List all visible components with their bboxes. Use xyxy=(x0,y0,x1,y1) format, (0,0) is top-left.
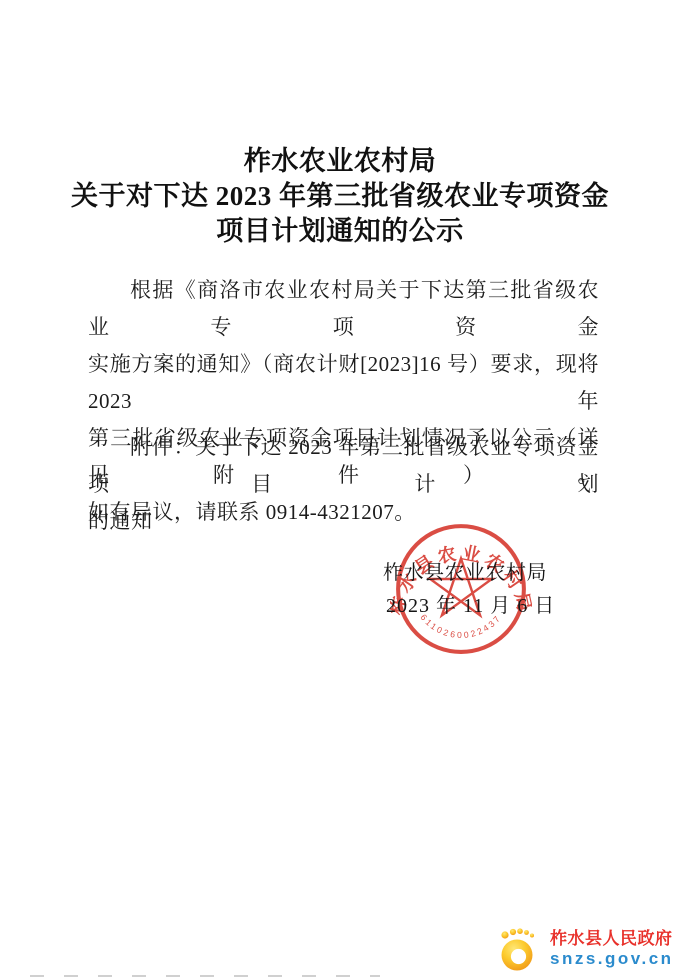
government-site-url[interactable]: snzs.gov.cn xyxy=(550,949,674,969)
scan-artifact xyxy=(30,975,380,977)
paragraph-line: 根据《商洛市农业农村局关于下达第三批省级农业专项资金 xyxy=(88,272,599,346)
title-line-2: 关于对下达 2023 年第三批省级农业专项资金 xyxy=(0,179,680,214)
document-page: 柞水农业农村局 关于对下达 2023 年第三批省级农业专项资金 项目计划通知的公… xyxy=(0,0,680,980)
title-line-3: 项目计划通知的公示 xyxy=(0,214,680,249)
paragraph-line: 实施方案的通知》（商农计财[2023]16 号）要求，现将 2023 年 xyxy=(88,346,599,420)
government-site-logo: 柞水县人民政府 snzs.gov.cn xyxy=(496,922,676,976)
document-title: 柞水农业农村局 关于对下达 2023 年第三批省级农业专项资金 项目计划通知的公… xyxy=(0,144,680,249)
paw-icon xyxy=(496,925,542,973)
official-seal: 柞水县农业农村局 6110260022437 xyxy=(390,516,532,658)
title-line-1: 柞水农业农村局 xyxy=(0,144,680,179)
signature-date: 2023 年 11 月 6 日 xyxy=(386,589,555,618)
signature-organization: 柞水县农业农村局 xyxy=(383,556,547,585)
attachment-line: 附件：关于下达 2023 年第三批省级农业专项资金项目计划 xyxy=(88,429,599,503)
government-site-name[interactable]: 柞水县人民政府 xyxy=(550,929,674,949)
